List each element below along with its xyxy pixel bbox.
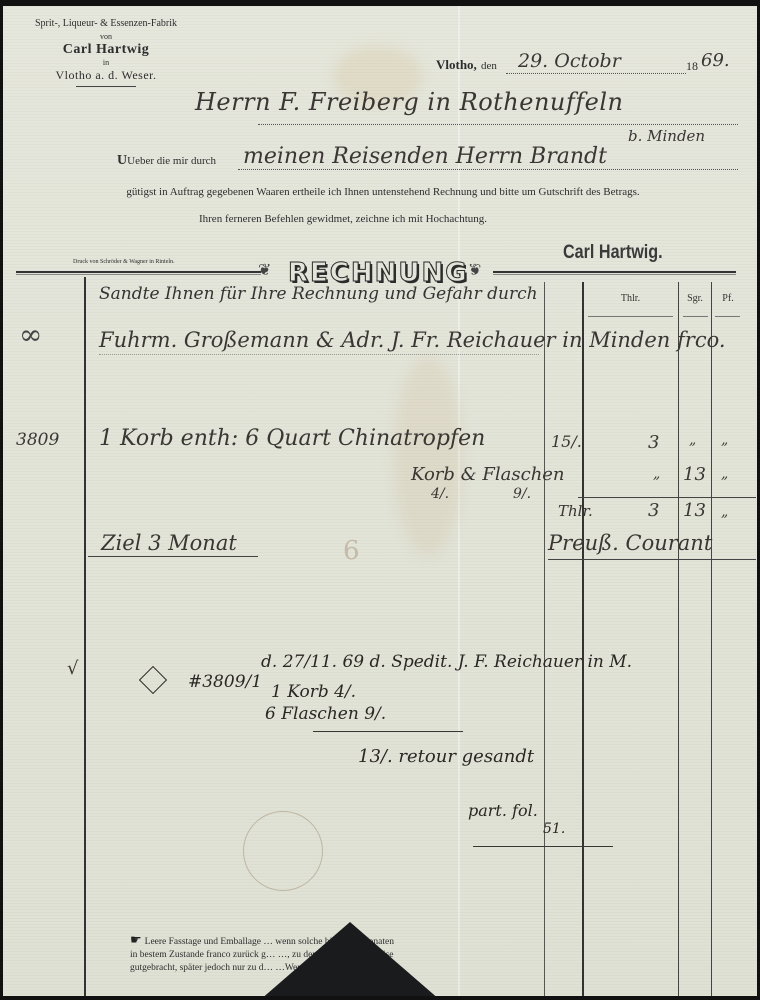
year-printed: 18	[686, 59, 698, 74]
col-line	[544, 282, 545, 997]
total-label: Thlr.	[558, 502, 593, 520]
check-mark: √	[67, 658, 78, 679]
col-line	[711, 282, 712, 997]
annotation-ref: #3809/1	[188, 672, 262, 692]
letterhead-place: Vlotho a. d. Weser.	[11, 69, 201, 82]
col-header-pf: Pf.	[712, 293, 744, 304]
signoff-flourish	[473, 846, 613, 847]
scan-border	[0, 996, 760, 1000]
carrier-dotted-line	[99, 354, 539, 355]
addressee-sub: b. Minden	[628, 127, 705, 145]
terms-underline	[88, 556, 258, 557]
date-handwritten: 29. Octobr	[518, 50, 621, 72]
annotation-item2: 6 Flaschen 9/.	[265, 704, 386, 724]
title-rule-left	[16, 271, 261, 273]
item-thlr: „	[653, 466, 660, 482]
total-rule	[578, 497, 756, 498]
dateline-city: Vlotho,	[436, 57, 477, 72]
carrier-handwritten: Fuhrm. Großemann & Adr. J. Fr. Reichauer…	[99, 328, 726, 352]
header-underline	[683, 316, 708, 317]
currency-underline	[548, 559, 756, 560]
title-flourish-left: ❦	[258, 260, 271, 279]
addressee: Herrn F. Freiberg in Rothenuffeln	[195, 88, 623, 116]
letterhead-firm: Carl Hartwig	[11, 43, 201, 56]
header-underline	[715, 316, 740, 317]
annotation-signoff: part. fol.	[468, 801, 538, 820]
pencil-mark: 6	[343, 536, 360, 566]
item-rate: 15/.	[551, 432, 582, 451]
title-rule-right	[493, 271, 736, 273]
pointing-hand-icon: ☛	[130, 933, 142, 946]
year-handwritten: 69.	[701, 50, 730, 71]
total-pf: „	[721, 504, 728, 520]
col-header-thlr: Thlr.	[583, 293, 678, 304]
subnote-left: 4/.	[431, 486, 449, 502]
signature: Carl Hartwig.	[563, 242, 663, 264]
merchant-mark-icon: ∞	[19, 318, 42, 351]
item-pf: „	[721, 466, 728, 482]
col-line	[678, 282, 679, 997]
item-sgr: 13	[683, 464, 706, 485]
dateline: Vlotho, den	[436, 57, 497, 73]
margin-number: 3809	[16, 430, 59, 450]
body-line2: gütigst in Auftrag gegebenen Waaren erth…	[3, 186, 760, 198]
title-rule-right-thin	[493, 274, 736, 275]
body-line3: Ihren ferneren Befehlen gewidmet, zeichn…	[3, 213, 683, 225]
annotation-line1: d. 27/11. 69 d. Spedit. J. F. Reichauer …	[261, 652, 632, 672]
annotation-rule	[313, 731, 463, 732]
annotation-folio: 51.	[543, 821, 565, 837]
printer-note: Druck von Schröder & Wagner in Rinteln.	[73, 259, 175, 265]
addressee-dotted-line	[258, 124, 738, 125]
subnote-right: 9/.	[513, 486, 531, 502]
intro-printed: UUeber die mir durch	[117, 153, 216, 169]
item-desc: Korb & Flaschen	[411, 464, 565, 485]
annotation-total: 13/. retour gesandt	[358, 746, 534, 767]
title-flourish-right: ❦	[468, 260, 481, 279]
dateline-den: den	[481, 60, 497, 72]
annotation-item1: 1 Korb 4/.	[271, 682, 356, 702]
date-dotted-line	[506, 73, 686, 74]
currency: Preuß. Courant	[548, 531, 712, 555]
letterhead-rule	[76, 86, 136, 87]
title-rule-left-thin	[16, 274, 261, 275]
merchant-diamond-icon	[139, 666, 167, 694]
intro-dotted-line	[238, 169, 738, 170]
item-thlr: 3	[648, 432, 659, 453]
letterhead-line1: Sprit-, Liqueur- & Essenzen-Fabrik	[11, 17, 201, 30]
letterhead: Sprit-, Liqueur- & Essenzen-Fabrik von C…	[11, 17, 201, 87]
col-line	[582, 282, 584, 997]
sent-printed: Sandte Ihnen für Ihre Rechnung und Gefah…	[99, 284, 538, 304]
item-sgr: „	[689, 432, 696, 448]
header-underline	[588, 316, 673, 317]
total-thlr: 3	[648, 500, 659, 521]
item-pf: „	[721, 432, 728, 448]
torn-corner	[260, 922, 440, 1000]
left-margin-line	[84, 277, 86, 997]
postal-stamp-circle	[243, 811, 323, 891]
total-sgr: 13	[683, 500, 706, 521]
stain	[393, 356, 463, 556]
item-desc: 1 Korb enth: 6 Quart Chinatropfen	[99, 426, 485, 451]
invoice-paper: Sprit-, Liqueur- & Essenzen-Fabrik von C…	[3, 6, 757, 1000]
intro-handwritten: meinen Reisenden Herrn Brandt	[243, 144, 607, 169]
col-header-sgr: Sgr.	[679, 293, 711, 304]
payment-terms: Ziel 3 Monat	[101, 531, 237, 555]
